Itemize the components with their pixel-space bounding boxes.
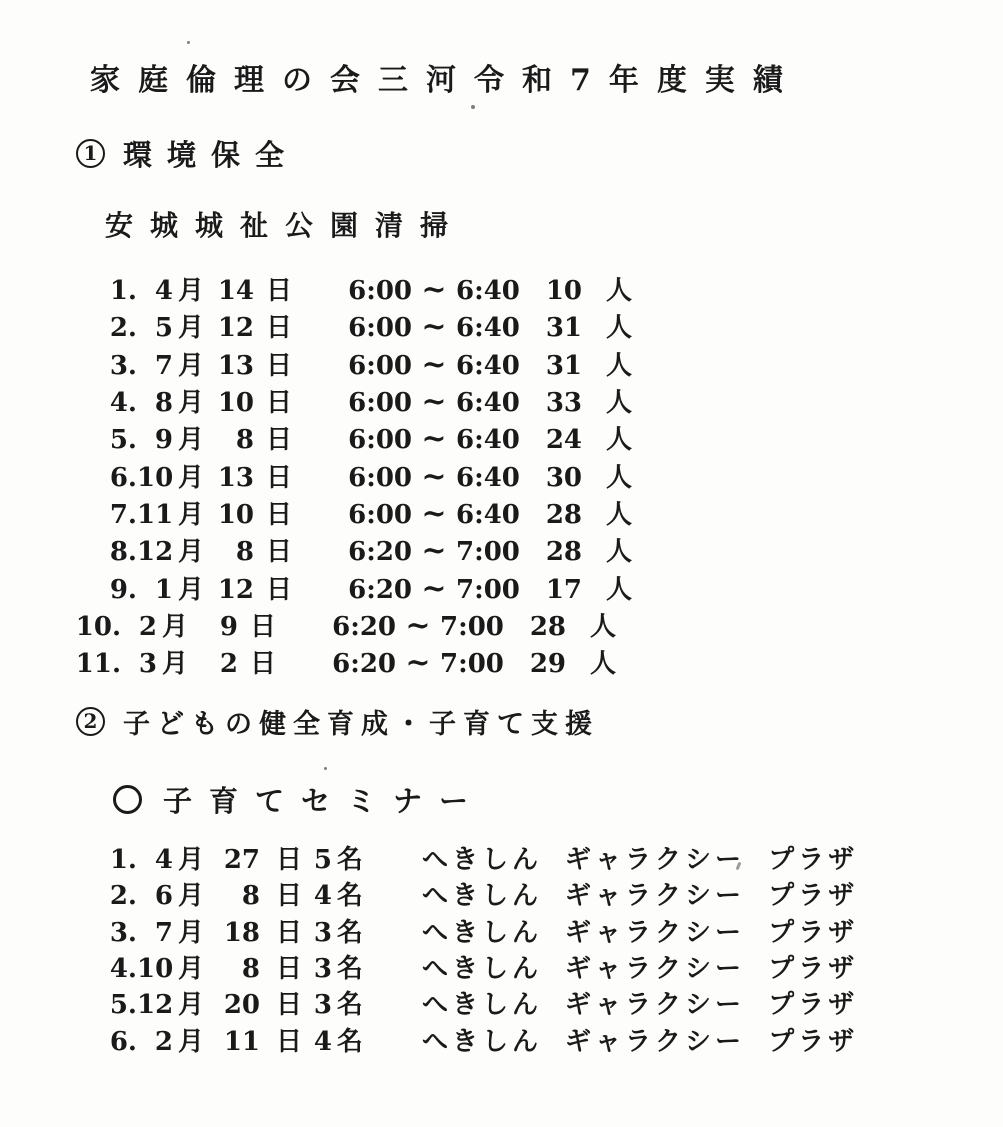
row-number: 2.	[85, 878, 137, 914]
day-value: 2	[188, 646, 238, 682]
section-2-heading: 2 子どもの健全育成・子育て支援	[76, 702, 599, 741]
tilde-separator: ~	[412, 459, 456, 495]
venue-name: へきしん ギャラクシー プラザ	[422, 1024, 858, 1060]
month-unit-label: 月	[157, 609, 188, 645]
start-time: 6:00	[292, 385, 412, 421]
day-value: 13	[204, 460, 254, 496]
participant-count: 33	[518, 385, 582, 421]
month-value: 11	[137, 497, 173, 533]
day-unit-label: 日	[260, 842, 302, 878]
row-number: 8.	[85, 534, 137, 570]
start-time: 6:20	[292, 534, 412, 570]
persons-unit-label: 名	[332, 1024, 363, 1060]
document-title: 家庭倫理の会三河令和7年度実績	[90, 64, 801, 98]
persons-unit-label: 名	[332, 915, 363, 951]
persons-unit-label: 名	[332, 878, 363, 914]
tilde-separator: ~	[412, 421, 456, 457]
day-unit-label: 日	[254, 422, 292, 458]
cleaning-activity-row: 6. 10 月 13 日 6:00 ~ 6:40 30 人	[0, 459, 1003, 496]
row-number: 1.	[85, 273, 137, 309]
attendee-count: 5	[302, 842, 332, 878]
cleaning-activity-row: 5. 9 月 8 日 6:00 ~ 6:40 24 人	[0, 421, 1003, 458]
day-value: 8	[204, 878, 260, 914]
row-number: 6.	[85, 460, 137, 496]
end-time: 6:40	[456, 273, 518, 309]
row-number: 3.	[85, 348, 137, 384]
day-unit-label: 日	[254, 310, 292, 346]
day-unit-label: 日	[254, 497, 292, 533]
month-unit-label: 月	[173, 348, 204, 384]
people-unit-label: 人	[582, 310, 632, 346]
end-time: 6:40	[456, 385, 518, 421]
month-value: 3	[121, 646, 157, 682]
seminar-subheading: 子育てセミナー	[113, 779, 485, 820]
row-number: 4.	[85, 951, 137, 987]
day-unit-label: 日	[254, 460, 292, 496]
day-value: 13	[204, 348, 254, 384]
month-unit-label: 月	[173, 1024, 204, 1060]
attendee-count: 3	[302, 987, 332, 1023]
participant-count: 10	[518, 273, 582, 309]
persons-unit-label: 名	[332, 842, 363, 878]
circled-number-1-icon: 1	[76, 139, 105, 168]
day-value: 12	[204, 310, 254, 346]
cleaning-activity-row: 7. 11 月 10 日 6:00 ~ 6:40 28 人	[0, 496, 1003, 533]
venue-name: へきしん ギャラクシー プラザ	[422, 951, 858, 987]
cleaning-activity-row: 2. 5 月 12 日 6:00 ~ 6:40 31 人	[0, 309, 1003, 346]
venue-name: へきしん ギャラクシー プラザ	[422, 987, 858, 1023]
scan-speck	[187, 41, 190, 44]
day-value: 8	[204, 951, 260, 987]
month-unit-label: 月	[173, 460, 204, 496]
people-unit-label: 人	[566, 609, 616, 645]
day-value: 11	[204, 1024, 260, 1060]
row-number: 5.	[85, 422, 137, 458]
attendee-count: 4	[302, 1024, 332, 1060]
cleaning-activity-row: 9. 1 月 12 日 6:20 ~ 7:00 17 人	[0, 571, 1003, 608]
day-unit-label: 日	[260, 1024, 302, 1060]
section-2-heading-text: 子どもの健全育成・子育て支援	[123, 702, 599, 741]
people-unit-label: 人	[582, 348, 632, 384]
participant-count: 29	[502, 646, 566, 682]
day-unit-label: 日	[254, 534, 292, 570]
seminar-row: 2. 6 月 8 日 4 名 へきしん ギャラクシー プラザ	[0, 878, 1003, 914]
row-number: 1.	[85, 842, 137, 878]
day-value: 9	[188, 609, 238, 645]
day-value: 27	[204, 842, 260, 878]
month-unit-label: 月	[173, 572, 204, 608]
month-unit-label: 月	[173, 987, 204, 1023]
row-number: 2.	[85, 310, 137, 346]
tilde-separator: ~	[412, 533, 456, 569]
participant-count: 28	[518, 497, 582, 533]
month-value: 8	[137, 385, 173, 421]
venue-name: へきしん ギャラクシー プラザ	[422, 878, 858, 914]
venue-name: へきしん ギャラクシー プラザ	[422, 842, 858, 878]
month-unit-label: 月	[173, 951, 204, 987]
month-value: 4	[137, 273, 173, 309]
start-time: 6:00	[292, 348, 412, 384]
people-unit-label: 人	[582, 572, 632, 608]
attendee-count: 3	[302, 951, 332, 987]
seminar-row: 6. 2 月 11 日 4 名 へきしん ギャラクシー プラザ	[0, 1024, 1003, 1060]
tilde-separator: ~	[412, 272, 456, 308]
start-time: 6:20	[292, 572, 412, 608]
end-time: 7:00	[456, 572, 518, 608]
scan-speck	[471, 105, 475, 109]
participant-count: 31	[518, 310, 582, 346]
scan-speck	[324, 767, 327, 770]
people-unit-label: 人	[582, 497, 632, 533]
day-unit-label: 日	[260, 915, 302, 951]
tilde-separator: ~	[412, 347, 456, 383]
day-value: 18	[204, 915, 260, 951]
month-value: 6	[137, 878, 173, 914]
day-value: 8	[204, 534, 254, 570]
start-time: 6:00	[292, 273, 412, 309]
day-value: 10	[204, 385, 254, 421]
people-unit-label: 人	[582, 273, 632, 309]
day-value: 14	[204, 273, 254, 309]
end-time: 6:40	[456, 460, 518, 496]
tilde-separator: ~	[412, 384, 456, 420]
row-number: 6.	[85, 1024, 137, 1060]
month-unit-label: 月	[173, 422, 204, 458]
end-time: 7:00	[440, 646, 502, 682]
month-unit-label: 月	[173, 273, 204, 309]
day-value: 12	[204, 572, 254, 608]
seminar-row: 3. 7 月 18 日 3 名 へきしん ギャラクシー プラザ	[0, 915, 1003, 951]
participant-count: 28	[502, 609, 566, 645]
circled-number-2-icon: 2	[76, 707, 105, 736]
attendee-count: 4	[302, 878, 332, 914]
day-unit-label: 日	[260, 878, 302, 914]
seminar-row: 4. 10 月 8 日 3 名 へきしん ギャラクシー プラザ	[0, 951, 1003, 987]
start-time: 6:20	[276, 609, 396, 645]
cleaning-activity-row: 8. 12 月 8 日 6:20 ~ 7:00 28 人	[0, 533, 1003, 570]
month-value: 2	[121, 609, 157, 645]
day-unit-label: 日	[238, 646, 276, 682]
end-time: 6:40	[456, 497, 518, 533]
month-unit-label: 月	[173, 915, 204, 951]
month-unit-label: 月	[173, 497, 204, 533]
seminar-subheading-text: 子育てセミナー	[163, 779, 485, 820]
scanned-document-page: 家庭倫理の会三河令和7年度実績 1 環境保全 安城城祉公園清掃 1. 4 月 1…	[0, 0, 1003, 1127]
section-1-heading-text: 環境保全	[123, 133, 299, 174]
tilde-separator: ~	[412, 496, 456, 532]
month-value: 2	[137, 1024, 173, 1060]
month-value: 1	[137, 572, 173, 608]
row-number: 5.	[85, 987, 137, 1023]
people-unit-label: 人	[582, 422, 632, 458]
month-value: 5	[137, 310, 173, 346]
circle-bullet-icon	[113, 785, 142, 814]
day-unit-label: 日	[254, 348, 292, 384]
month-value: 4	[137, 842, 173, 878]
day-value: 20	[204, 987, 260, 1023]
cleaning-activity-subheading: 安城城祉公園清掃	[105, 210, 465, 242]
day-value: 8	[204, 422, 254, 458]
month-unit-label: 月	[173, 310, 204, 346]
end-time: 6:40	[456, 310, 518, 346]
participant-count: 24	[518, 422, 582, 458]
tilde-separator: ~	[412, 571, 456, 607]
people-unit-label: 人	[582, 460, 632, 496]
day-unit-label: 日	[238, 609, 276, 645]
row-number: 4.	[85, 385, 137, 421]
month-unit-label: 月	[173, 534, 204, 570]
tilde-separator: ~	[396, 608, 440, 644]
end-time: 7:00	[440, 609, 502, 645]
day-value: 10	[204, 497, 254, 533]
venue-name: へきしん ギャラクシー プラザ	[422, 915, 858, 951]
cleaning-activity-row: 4. 8 月 10 日 6:00 ~ 6:40 33 人	[0, 384, 1003, 421]
row-number: 3.	[85, 915, 137, 951]
row-number: 9.	[85, 572, 137, 608]
month-unit-label: 月	[173, 842, 204, 878]
section-1-heading: 1 環境保全	[76, 133, 299, 174]
seminar-list: 1. 4 月 27 日 5 名 へきしん ギャラクシー プラザ 2. 6 月 8…	[0, 842, 1003, 1060]
cleaning-activity-row: 10. 2 月 9 日 6:20 ~ 7:00 28 人	[0, 608, 987, 645]
start-time: 6:00	[292, 460, 412, 496]
tilde-separator: ~	[396, 645, 440, 681]
end-time: 6:40	[456, 348, 518, 384]
month-value: 12	[137, 987, 173, 1023]
persons-unit-label: 名	[332, 951, 363, 987]
seminar-row: 5. 12 月 20 日 3 名 へきしん ギャラクシー プラザ	[0, 987, 1003, 1023]
participant-count: 30	[518, 460, 582, 496]
start-time: 6:00	[292, 422, 412, 458]
month-value: 7	[137, 915, 173, 951]
month-value: 10	[137, 951, 173, 987]
row-number: 10.	[69, 609, 121, 645]
start-time: 6:20	[276, 646, 396, 682]
seminar-row: 1. 4 月 27 日 5 名 へきしん ギャラクシー プラザ	[0, 842, 1003, 878]
people-unit-label: 人	[566, 646, 616, 682]
month-value: 12	[137, 534, 173, 570]
cleaning-activity-row: 11. 3 月 2 日 6:20 ~ 7:00 29 人	[0, 645, 987, 682]
participant-count: 31	[518, 348, 582, 384]
day-unit-label: 日	[254, 385, 292, 421]
start-time: 6:00	[292, 497, 412, 533]
day-unit-label: 日	[254, 572, 292, 608]
end-time: 6:40	[456, 422, 518, 458]
cleaning-activity-list: 1. 4 月 14 日 6:00 ~ 6:40 10 人 2. 5 月 12 日…	[0, 272, 1003, 683]
month-unit-label: 月	[173, 878, 204, 914]
day-unit-label: 日	[260, 987, 302, 1023]
end-time: 7:00	[456, 534, 518, 570]
attendee-count: 3	[302, 915, 332, 951]
month-value: 7	[137, 348, 173, 384]
start-time: 6:00	[292, 310, 412, 346]
participant-count: 17	[518, 572, 582, 608]
month-unit-label: 月	[173, 385, 204, 421]
month-unit-label: 月	[157, 646, 188, 682]
row-number: 11.	[69, 646, 121, 682]
participant-count: 28	[518, 534, 582, 570]
cleaning-activity-row: 3. 7 月 13 日 6:00 ~ 6:40 31 人	[0, 347, 1003, 384]
cleaning-activity-row: 1. 4 月 14 日 6:00 ~ 6:40 10 人	[0, 272, 1003, 309]
month-value: 9	[137, 422, 173, 458]
persons-unit-label: 名	[332, 987, 363, 1023]
people-unit-label: 人	[582, 385, 632, 421]
day-unit-label: 日	[254, 273, 292, 309]
row-number: 7.	[85, 497, 137, 533]
month-value: 10	[137, 460, 173, 496]
day-unit-label: 日	[260, 951, 302, 987]
tilde-separator: ~	[412, 309, 456, 345]
people-unit-label: 人	[582, 534, 632, 570]
